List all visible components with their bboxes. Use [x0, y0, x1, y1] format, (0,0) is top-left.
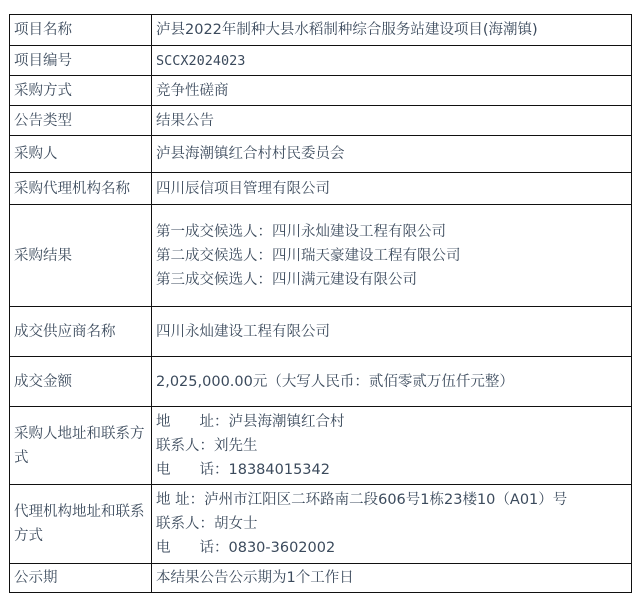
label-deal-amount: 成交金额 — [10, 357, 152, 407]
purchaser-contact-person: 联系人：刘先生 — [156, 434, 631, 458]
row-supplier-name: 成交供应商名称 四川永灿建设工程有限公司 — [10, 307, 632, 357]
row-publicity-period: 公示期 本结果公告公示期为1个工作日 — [10, 564, 632, 593]
value-procurement-result: 第一成交候选人：四川永灿建设工程有限公司 第二成交候选人：四川瑞天豪建设工程有限… — [152, 205, 632, 307]
value-procurement-method: 竞争性磋商 — [152, 76, 632, 106]
value-agency-contact: 地 址：泸州市江阳区二环路南二段606号1栋23楼10（A01）号 联系人：胡女… — [152, 485, 632, 564]
label-procurement-method: 采购方式 — [10, 76, 152, 106]
label-purchaser-contact: 采购人地址和联系方式 — [10, 407, 152, 485]
label-purchaser: 采购人 — [10, 136, 152, 173]
agency-phone: 电 话：0830-3602002 — [156, 536, 631, 560]
label-agency-name: 采购代理机构名称 — [10, 173, 152, 205]
row-procurement-method: 采购方式 竞争性磋商 — [10, 76, 632, 106]
row-project-number: 项目编号 SCCX2024023 — [10, 46, 632, 76]
procurement-result-table: 项目名称 泸县2022年制种大县水稻制种综合服务站建设项目(海潮镇) 项目编号 … — [9, 14, 632, 593]
row-purchaser-contact: 采购人地址和联系方式 地 址：泸县海潮镇红合村 联系人：刘先生 电 话：1838… — [10, 407, 632, 485]
purchaser-address: 地 址：泸县海潮镇红合村 — [156, 410, 631, 434]
row-deal-amount: 成交金额 2,025,000.00元（大写人民币：贰佰零贰万伍仟元整） — [10, 357, 632, 407]
value-project-name: 泸县2022年制种大县水稻制种综合服务站建设项目(海潮镇) — [152, 15, 632, 46]
row-announcement-type: 公告类型 结果公告 — [10, 106, 632, 136]
value-deal-amount: 2,025,000.00元（大写人民币：贰佰零贰万伍仟元整） — [152, 357, 632, 407]
value-supplier-name: 四川永灿建设工程有限公司 — [152, 307, 632, 357]
value-publicity-period: 本结果公告公示期为1个工作日 — [152, 564, 632, 593]
purchaser-phone: 电 话：18384015342 — [156, 458, 631, 482]
value-agency-name: 四川辰信项目管理有限公司 — [152, 173, 632, 205]
value-purchaser: 泸县海潮镇红合村村民委员会 — [152, 136, 632, 173]
third-candidate: 第三成交候选人：四川满元建设有限公司 — [156, 268, 631, 292]
label-project-number: 项目编号 — [10, 46, 152, 76]
agency-contact-person: 联系人：胡女士 — [156, 512, 631, 536]
value-project-number: SCCX2024023 — [152, 46, 632, 76]
row-agency-name: 采购代理机构名称 四川辰信项目管理有限公司 — [10, 173, 632, 205]
agency-address: 地 址：泸州市江阳区二环路南二段606号1栋23楼10（A01）号 — [156, 488, 631, 512]
label-procurement-result: 采购结果 — [10, 205, 152, 307]
label-agency-contact: 代理机构地址和联系方式 — [10, 485, 152, 564]
row-agency-contact: 代理机构地址和联系方式 地 址：泸州市江阳区二环路南二段606号1栋23楼10（… — [10, 485, 632, 564]
label-project-name: 项目名称 — [10, 15, 152, 46]
row-purchaser: 采购人 泸县海潮镇红合村村民委员会 — [10, 136, 632, 173]
value-announcement-type: 结果公告 — [152, 106, 632, 136]
value-purchaser-contact: 地 址：泸县海潮镇红合村 联系人：刘先生 电 话：18384015342 — [152, 407, 632, 485]
label-publicity-period: 公示期 — [10, 564, 152, 593]
label-announcement-type: 公告类型 — [10, 106, 152, 136]
row-project-name: 项目名称 泸县2022年制种大县水稻制种综合服务站建设项目(海潮镇) — [10, 15, 632, 46]
label-supplier-name: 成交供应商名称 — [10, 307, 152, 357]
first-candidate: 第一成交候选人：四川永灿建设工程有限公司 — [156, 220, 631, 244]
second-candidate: 第二成交候选人：四川瑞天豪建设工程有限公司 — [156, 244, 481, 268]
row-procurement-result: 采购结果 第一成交候选人：四川永灿建设工程有限公司 第二成交候选人：四川瑞天豪建… — [10, 205, 632, 307]
